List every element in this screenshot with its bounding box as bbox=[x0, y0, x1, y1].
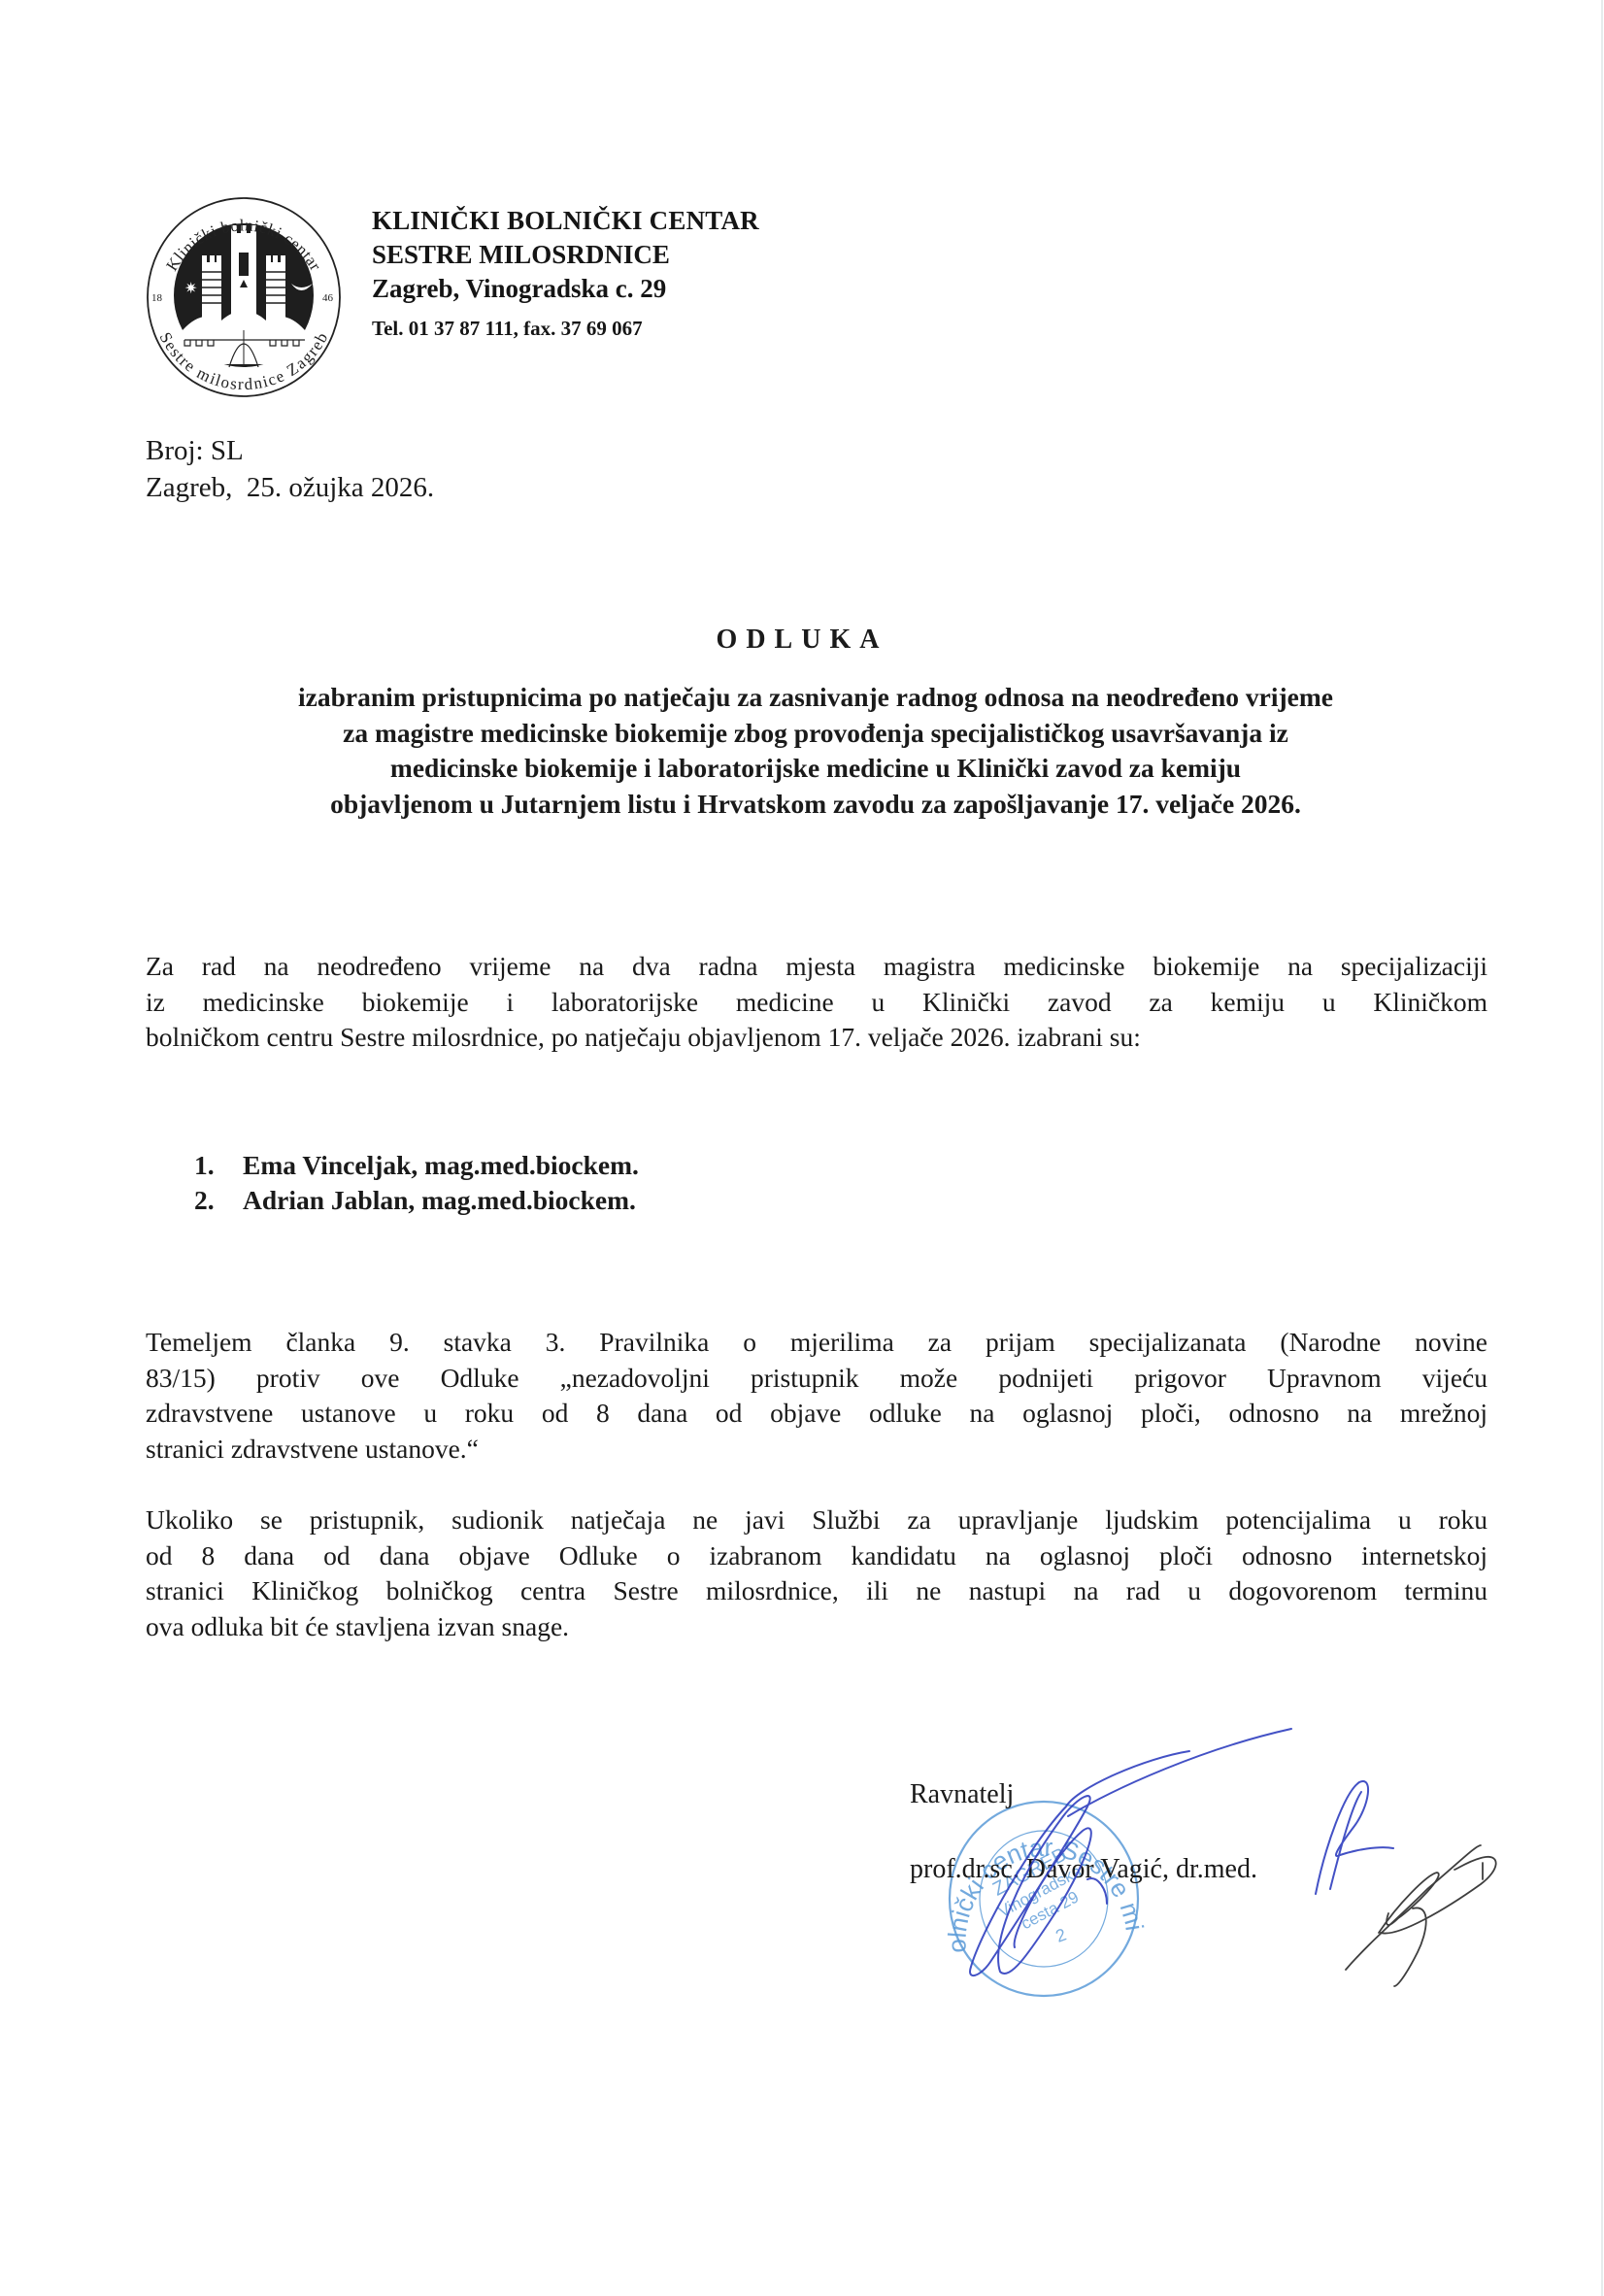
paragraph-line: zdravstvene ustanove u roku od 8 dana od… bbox=[146, 1396, 1487, 1432]
signatory-name: prof.dr.sc. Davor Vagić, dr.med. bbox=[910, 1854, 1257, 1885]
svg-text:18: 18 bbox=[151, 292, 163, 304]
institution-name: KLINIČKI BOLNIČKI CENTAR bbox=[372, 206, 759, 236]
paragraph-line: stranici zdravstvene ustanove.“ bbox=[146, 1432, 1487, 1468]
institution-address: Zagreb, Vinogradska c. 29 bbox=[372, 274, 666, 304]
svg-text:cesta 29: cesta 29 bbox=[1019, 1887, 1083, 1933]
paragraph-line: Ukoliko se pristupnik, sudionik natječaj… bbox=[146, 1503, 1487, 1538]
paragraph-line: od 8 dana od dana objave Odluke o izabra… bbox=[146, 1538, 1487, 1574]
paragraph-line: 83/15) protiv ove Odluke „nezadovoljni p… bbox=[146, 1361, 1487, 1397]
svg-text:2: 2 bbox=[1053, 1925, 1069, 1946]
candidate-name: Ema Vinceljak, mag.med.biockem. bbox=[243, 1150, 639, 1180]
paragraph-line: Za rad na neodređeno vrijeme na dva radn… bbox=[146, 949, 1487, 985]
list-item: 1.Ema Vinceljak, mag.med.biockem. bbox=[194, 1148, 639, 1183]
list-number: 2. bbox=[194, 1183, 243, 1218]
selection-paragraph: Za rad na neodređeno vrijeme na dva radn… bbox=[146, 949, 1487, 1056]
validity-paragraph: Ukoliko se pristupnik, sudionik natječaj… bbox=[146, 1503, 1487, 1644]
place-and-date: Zagreb, 25. ožujka 2026. bbox=[146, 472, 434, 504]
subtitle-line: izabranim pristupnicima po natječaju za … bbox=[146, 680, 1486, 716]
paragraph-line: bolničkom centru Sestre milosrdnice, po … bbox=[146, 1020, 1487, 1056]
svg-text:46: 46 bbox=[322, 292, 334, 304]
hospital-seal-icon: ✷ 18 46 Klinički bolnički centar Sestre … bbox=[144, 194, 343, 398]
institution-contact: Tel. 01 37 87 111, fax. 37 69 067 bbox=[372, 317, 643, 341]
selected-candidates-list: 1.Ema Vinceljak, mag.med.biockem. 2.Adri… bbox=[194, 1148, 639, 1217]
svg-text:✷: ✷ bbox=[184, 279, 197, 297]
subtitle-line: za magistre medicinske biokemije zbog pr… bbox=[146, 716, 1486, 752]
list-item: 2.Adrian Jablan, mag.med.biockem. bbox=[194, 1183, 639, 1218]
page-edge bbox=[1601, 0, 1603, 2296]
paragraph-line: iz medicinske biokemije i laboratorijske… bbox=[146, 985, 1487, 1021]
appeal-paragraph: Temeljem članka 9. stavka 3. Pravilnika … bbox=[146, 1325, 1487, 1467]
candidate-name: Adrian Jablan, mag.med.biockem. bbox=[243, 1185, 636, 1215]
signatory-title: Ravnatelj bbox=[910, 1779, 1014, 1810]
paragraph-line: stranici Kliničkog bolničkog centra Sest… bbox=[146, 1573, 1487, 1609]
list-number: 1. bbox=[194, 1148, 243, 1183]
paragraph-line: ova odluka bit će stavljena izvan snage. bbox=[146, 1609, 1487, 1645]
subtitle-line: objavljenom u Jutarnjem listu i Hrvatsko… bbox=[146, 787, 1486, 823]
document-number: Broj: SL bbox=[146, 435, 244, 467]
document-subtitle: izabranim pristupnicima po natječaju za … bbox=[146, 680, 1486, 822]
paragraph-line: Temeljem članka 9. stavka 3. Pravilnika … bbox=[146, 1325, 1487, 1361]
institution-subname: SESTRE MILOSRDNICE bbox=[372, 240, 670, 270]
subtitle-line: medicinske biokemije i laboratorijske me… bbox=[146, 751, 1486, 787]
document-title: ODLUKA bbox=[0, 625, 1604, 656]
